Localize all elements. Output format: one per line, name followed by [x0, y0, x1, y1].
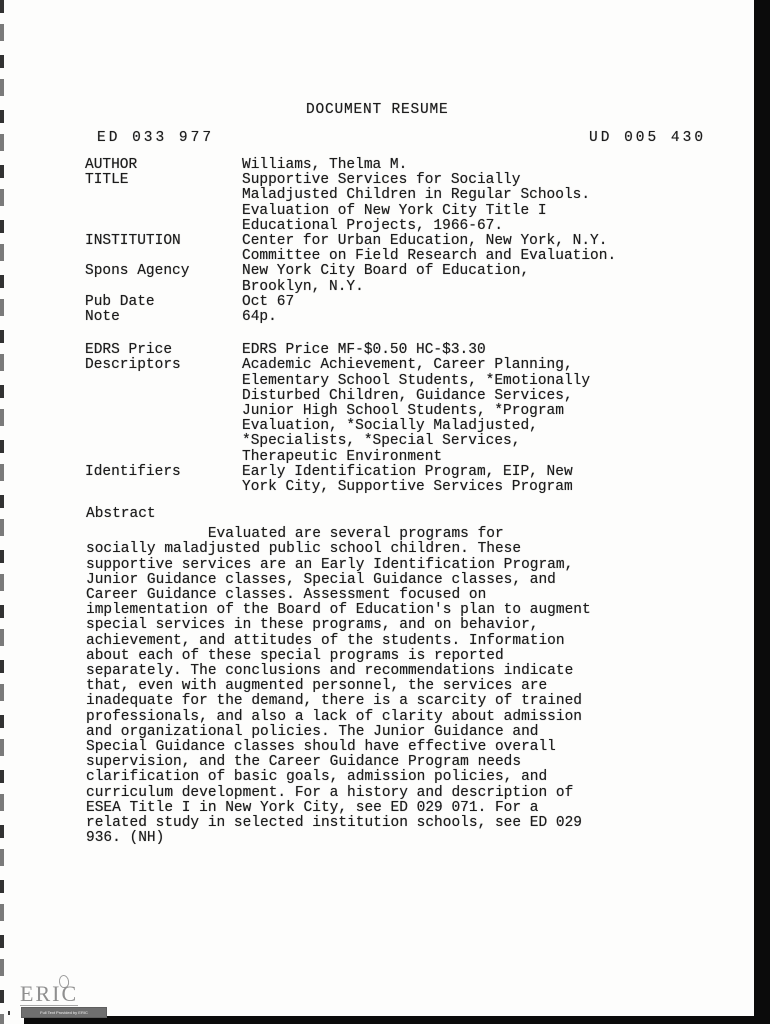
field-label: TITLE — [85, 173, 242, 188]
abstract-line: separately. The conclusions and recommen… — [86, 664, 726, 679]
field-row: IdentifiersEarly Identification Program,… — [85, 465, 725, 480]
field-label — [85, 480, 242, 495]
field-row: Educational Projects, 1966-67. — [85, 219, 725, 234]
field-value: 64p. — [242, 310, 277, 325]
film-edge-bottom — [24, 1016, 770, 1024]
field-row: Elementary School Students, *Emotionally — [85, 374, 725, 389]
field-value: Therapeutic Environment — [242, 450, 442, 465]
field-label — [85, 374, 242, 389]
abstract-line: and organizational policies. The Junior … — [86, 725, 726, 740]
field-value: Academic Achievement, Career Planning, — [242, 358, 573, 373]
field-value: Brooklyn, N.Y. — [242, 280, 364, 295]
field-value: Williams, Thelma M. — [242, 158, 407, 173]
abstract-line: professionals, and also a lack of clarit… — [86, 710, 726, 725]
abstract-line: special services in these programs, and … — [86, 618, 726, 633]
clearinghouse-number: UD 005 430 — [589, 131, 706, 146]
field-label — [85, 204, 242, 219]
field-row: Disturbed Children, Guidance Services, — [85, 389, 725, 404]
abstract-line: inadequate for the demand, there is a sc… — [86, 694, 726, 709]
field-value: Maladjusted Children in Regular Schools. — [242, 188, 590, 203]
eric-logo-text: ERIC — [20, 983, 78, 1006]
scan-speck — [8, 1011, 10, 1015]
field-label — [85, 280, 242, 295]
field-row: DescriptorsAcademic Achievement, Career … — [85, 358, 725, 373]
field-label — [85, 434, 242, 449]
field-value: Junior High School Students, *Program — [242, 404, 564, 419]
film-edge-right — [754, 0, 770, 1024]
field-label: AUTHOR — [85, 158, 242, 173]
field-row: Evaluation of New York City Title I — [85, 204, 725, 219]
field-row: INSTITUTIONCenter for Urban Education, N… — [85, 234, 725, 249]
field-label: Spons Agency — [85, 264, 242, 279]
abstract-line: socially maladjusted public school child… — [86, 542, 726, 557]
field-label — [85, 389, 242, 404]
abstract-line: supportive services are an Early Identif… — [86, 558, 726, 573]
document-resume-title: DOCUMENT RESUME — [306, 103, 449, 118]
field-label — [85, 450, 242, 465]
eric-logo-banner: Full Text Provided by ERIC — [21, 1007, 107, 1018]
abstract-section: Abstract Evaluated are several programs … — [86, 507, 726, 846]
abstract-line: 936. (NH) — [86, 831, 726, 846]
field-value: Early Identification Program, EIP, New — [242, 465, 573, 480]
field-label — [85, 404, 242, 419]
field-row: Spons AgencyNew York City Board of Educa… — [85, 264, 725, 279]
abstract-line: achievement, and attitudes of the studen… — [86, 634, 726, 649]
abstract-text: Evaluated are several programs for socia… — [86, 527, 726, 846]
field-label: Pub Date — [85, 295, 242, 310]
field-value: *Specialists, *Special Services, — [242, 434, 520, 449]
accession-number-line: ED 033 977 UD 005 430 — [0, 131, 770, 147]
abstract-line: Special Guidance classes should have eff… — [86, 740, 726, 755]
field-value: New York City Board of Education, — [242, 264, 529, 279]
field-label: Descriptors — [85, 358, 242, 373]
field-value: Disturbed Children, Guidance Services, — [242, 389, 573, 404]
scanned-document-page: DOCUMENT RESUME ED 033 977 UD 005 430 AU… — [0, 0, 770, 1024]
abstract-line: related study in selected institution sc… — [86, 816, 726, 831]
film-edge-left — [0, 0, 4, 1024]
field-row: Pub DateOct 67 — [85, 295, 725, 310]
metadata-fields: AUTHORWilliams, Thelma M. TITLESupportiv… — [85, 158, 725, 495]
field-row: Note64p. — [85, 310, 725, 325]
eric-banner-text: Full Text Provided by ERIC — [40, 1011, 88, 1015]
field-row: Therapeutic Environment — [85, 450, 725, 465]
field-row: York City, Supportive Services Program — [85, 480, 725, 495]
field-row: Brooklyn, N.Y. — [85, 280, 725, 295]
field-label — [85, 219, 242, 234]
field-value: Elementary School Students, *Emotionally — [242, 374, 590, 389]
field-label: Note — [85, 310, 242, 325]
field-value: Educational Projects, 1966-67. — [242, 219, 503, 234]
abstract-line: about each of these special programs is … — [86, 649, 726, 664]
abstract-line: curriculum development. For a history an… — [86, 786, 726, 801]
field-value: Oct 67 — [242, 295, 294, 310]
ed-number: ED 033 977 — [97, 131, 214, 146]
field-label — [85, 249, 242, 264]
field-value: Center for Urban Education, New York, N.… — [242, 234, 607, 249]
field-row: *Specialists, *Special Services, — [85, 434, 725, 449]
abstract-line: Career Guidance classes. Assessment focu… — [86, 588, 726, 603]
abstract-label: Abstract — [86, 507, 726, 522]
field-value: Evaluation of New York City Title I — [242, 204, 547, 219]
abstract-line: Junior Guidance classes, Special Guidanc… — [86, 573, 726, 588]
field-label: Identifiers — [85, 465, 242, 480]
abstract-line: clarification of basic goals, admission … — [86, 770, 726, 785]
field-label — [85, 188, 242, 203]
field-row: Junior High School Students, *Program — [85, 404, 725, 419]
field-label — [85, 419, 242, 434]
field-row: AUTHORWilliams, Thelma M. — [85, 158, 725, 173]
field-value: York City, Supportive Services Program — [242, 480, 573, 495]
field-label: INSTITUTION — [85, 234, 242, 249]
field-row: Maladjusted Children in Regular Schools. — [85, 188, 725, 203]
abstract-line: ESEA Title I in New York City, see ED 02… — [86, 801, 726, 816]
